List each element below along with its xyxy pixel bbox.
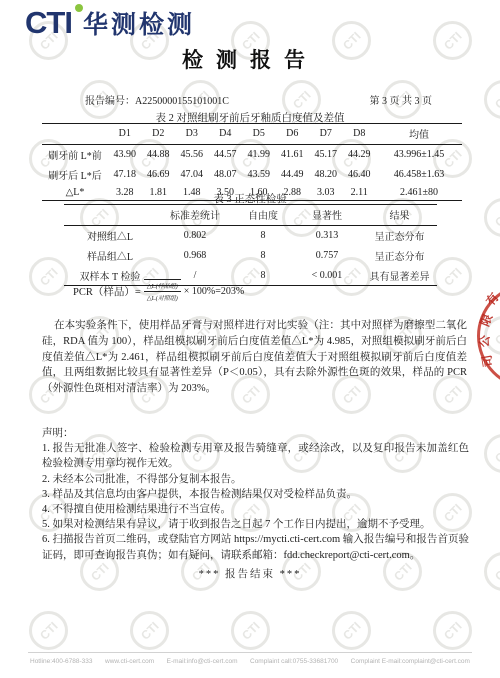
report-page: CTICTICTICTICTICTICTICTICTICTICTICTICTIC… — [0, 0, 500, 678]
table-cell: 呈正态分布 — [362, 246, 437, 266]
page-title: 检测报告 — [0, 44, 500, 74]
cti-logo-text: CTI — [25, 5, 72, 41]
fraction-numerator: △L(样品组) — [144, 279, 181, 292]
declaration-item: 1. 报告无批准人签字、检验检测专用章及报告骑缝章，或经涂改，以及复印报告未加盖… — [42, 441, 469, 471]
table-cell: 具有显著差异 — [362, 265, 437, 285]
table-cell: 44.57 — [209, 144, 243, 164]
normality-test-table: 标准差统计自由度显著性结果对照组△L0.80280.313呈正态分布样品组△L0… — [64, 204, 437, 286]
table-header-cell — [64, 205, 156, 226]
table-cell: 0.968 — [156, 246, 234, 266]
table-header-cell: 结果 — [362, 205, 437, 226]
table-cell: 46.458±1.63 — [376, 165, 462, 185]
footer-divider — [28, 652, 472, 653]
table-cell: < 0.001 — [292, 265, 362, 285]
fraction-denominator: △L(对照组) — [144, 292, 181, 303]
page-indicator: 第 3 页 共 3 页 — [370, 92, 433, 107]
table-cell: 44.29 — [343, 144, 377, 164]
table-cell: 45.17 — [309, 144, 343, 164]
table-cell: 47.18 — [108, 165, 142, 185]
table-cell: 43.996±1.45 — [376, 144, 462, 164]
table-cell: 呈正态分布 — [362, 225, 437, 245]
pcr-formula-fraction: △L(样品组) △L(对照组) — [144, 279, 181, 303]
table-header-cell: 显著性 — [292, 205, 362, 226]
table-header-cell: D1 — [108, 124, 142, 145]
table-cell: 8 — [234, 246, 292, 266]
table-cell: 刷牙后 L*后 — [42, 165, 108, 185]
table-header-cell: 自由度 — [234, 205, 292, 226]
declaration-item: 6. 扫描报告首页二维码，或登陆官方网站 https://mycti.cti-c… — [42, 532, 469, 562]
footer-email: E-mail:info@cti-cert.com — [167, 658, 238, 665]
table-cell: 46.40 — [343, 165, 377, 185]
table-header-cell: D2 — [142, 124, 176, 145]
cti-logo: CTI 华测检测 — [25, 5, 195, 41]
table-row: 对照组△L0.80280.313呈正态分布 — [64, 225, 437, 245]
table-cell: 刷牙前 L*前 — [42, 144, 108, 164]
declaration-item: 4. 不得擅自使用检测结果进行不当宣传。 — [42, 502, 469, 517]
table-cell: 44.88 — [142, 144, 176, 164]
whiteness-table: D1D2D3D4D5D6D7D8均值刷牙前 L*前43.9044.8845.56… — [42, 123, 462, 201]
report-number: 报告编号：A2250000155101001C — [85, 92, 229, 107]
table-cell: 48.07 — [209, 165, 243, 185]
table-cell: 44.49 — [276, 165, 310, 185]
table-cell: 41.99 — [242, 144, 276, 164]
table-row: 刷牙前 L*前43.9044.8845.5644.5741.9941.6145.… — [42, 144, 462, 164]
table-cell: 0.802 — [156, 225, 234, 245]
report-end-mark: *** 报告结束 *** — [0, 566, 500, 581]
footer-complaint-email: Complaint E-mail:complaint@cti-cert.com — [351, 658, 470, 665]
table-cell: 样品组△L — [64, 246, 156, 266]
table-header-cell: D8 — [343, 124, 377, 145]
table-cell: 43.59 — [242, 165, 276, 185]
table-header-cell: 均值 — [376, 124, 462, 145]
table-cell: 8 — [234, 225, 292, 245]
cti-logo-chinese: 华测检测 — [83, 5, 195, 41]
pcr-formula-result: × 100%=203% — [184, 286, 244, 297]
declaration-list: 1. 报告无批准人签字、检验检测专用章及报告骑缝章，或经涂改，以及复印报告未加盖… — [42, 441, 469, 563]
footer-hotline: Hotline:400-6788-333 — [30, 658, 93, 665]
declaration-heading: 声明： — [42, 426, 469, 441]
footer-contact-bar: Hotline:400-6788-333 www.cti-cert.com E-… — [30, 658, 470, 665]
table-header-cell: 标准差统计 — [156, 205, 234, 226]
cti-logo-dot-icon — [75, 4, 83, 12]
table-cell: 45.56 — [175, 144, 209, 164]
table-cell: 47.04 — [175, 165, 209, 185]
table-header-cell — [42, 124, 108, 145]
declaration-item: 3. 样品及其信息均由客户提供，本报告检测结果仅对受检样品负责。 — [42, 487, 469, 502]
declaration-item: 2. 未经本公司批准，不得部分复制本报告。 — [42, 472, 469, 487]
declaration-section: 声明： 1. 报告无批准人签字、检验检测专用章及报告骑缝章，或经涂改，以及复印报… — [42, 426, 469, 563]
table-cell: 0.313 — [292, 225, 362, 245]
report-number-label: 报告编号： — [85, 96, 135, 107]
table-cell: 48.20 — [309, 165, 343, 185]
table-cell: 46.69 — [142, 165, 176, 185]
footer-complaint-call: Complaint call:0755-33681700 — [250, 658, 338, 665]
conclusion-paragraph: 在本实验条件下，使用样品牙膏与对照样进行对比实验（注：其中对照样为磨擦型二氧化硅… — [42, 318, 467, 397]
table-row: 刷牙后 L*后47.1846.6947.0448.0743.5944.4948.… — [42, 165, 462, 185]
report-meta-row: 报告编号：A2250000155101001C 第 3 页 共 3 页 — [85, 92, 432, 107]
report-number-value: A2250000155101001C — [135, 96, 229, 107]
table-header-cell: D7 — [309, 124, 343, 145]
table-cell: 0.757 — [292, 246, 362, 266]
table-cell: 对照组△L — [64, 225, 156, 245]
table-header-cell: D4 — [209, 124, 243, 145]
table-cell: 41.61 — [276, 144, 310, 164]
declaration-item: 5. 如果对检测结果有异议，请于收到报告之日起 7 个工作日内提出，逾期不予受理… — [42, 517, 469, 532]
pcr-formula-prefix: PCR（样品）= — [73, 284, 141, 299]
footer-website: www.cti-cert.com — [105, 658, 154, 665]
table-row: 样品组△L0.96880.757呈正态分布 — [64, 246, 437, 266]
table-header-cell: D3 — [175, 124, 209, 145]
table-header-cell: D6 — [276, 124, 310, 145]
pcr-formula: PCR（样品）= △L(样品组) △L(对照组) × 100%=203% — [73, 279, 244, 303]
table-header-cell: D5 — [242, 124, 276, 145]
table-cell: 43.90 — [108, 144, 142, 164]
